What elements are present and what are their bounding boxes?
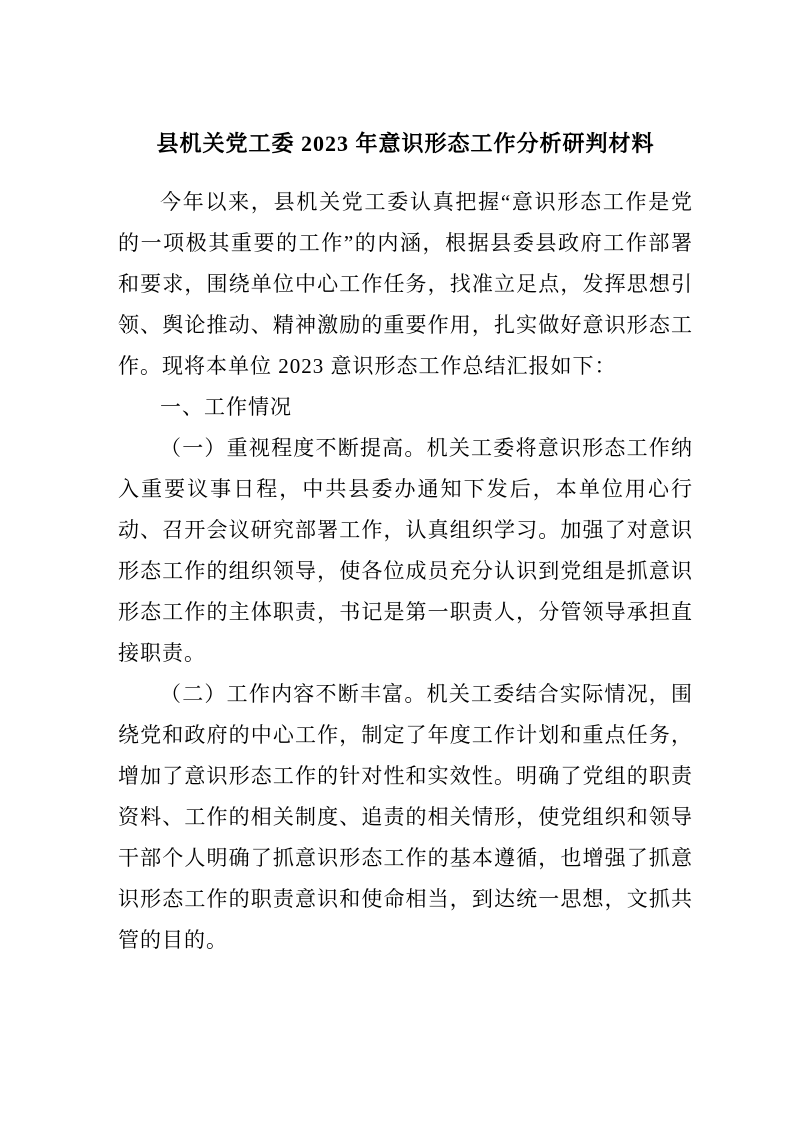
- section-heading-work-situation: 一、工作情况: [118, 387, 693, 428]
- document-page: 县机关党工委 2023 年意识形态工作分析研判材料 今年以来，县机关党工委认真把…: [0, 0, 793, 1122]
- paragraph-point-one: （一）重视程度不断提高。机关工委将意识形态工作纳入重要议事日程，中共县委办通知下…: [118, 428, 693, 674]
- document-title: 县机关党工委 2023 年意识形态工作分析研判材料: [118, 128, 693, 160]
- paragraph-point-two: （二）工作内容不断丰富。机关工委结合实际情况，围绕党和政府的中心工作，制定了年度…: [118, 674, 693, 961]
- paragraph-intro: 今年以来，县机关党工委认真把握“意识形态工作是党的一项极其重要的工作”的内涵，根…: [118, 182, 693, 387]
